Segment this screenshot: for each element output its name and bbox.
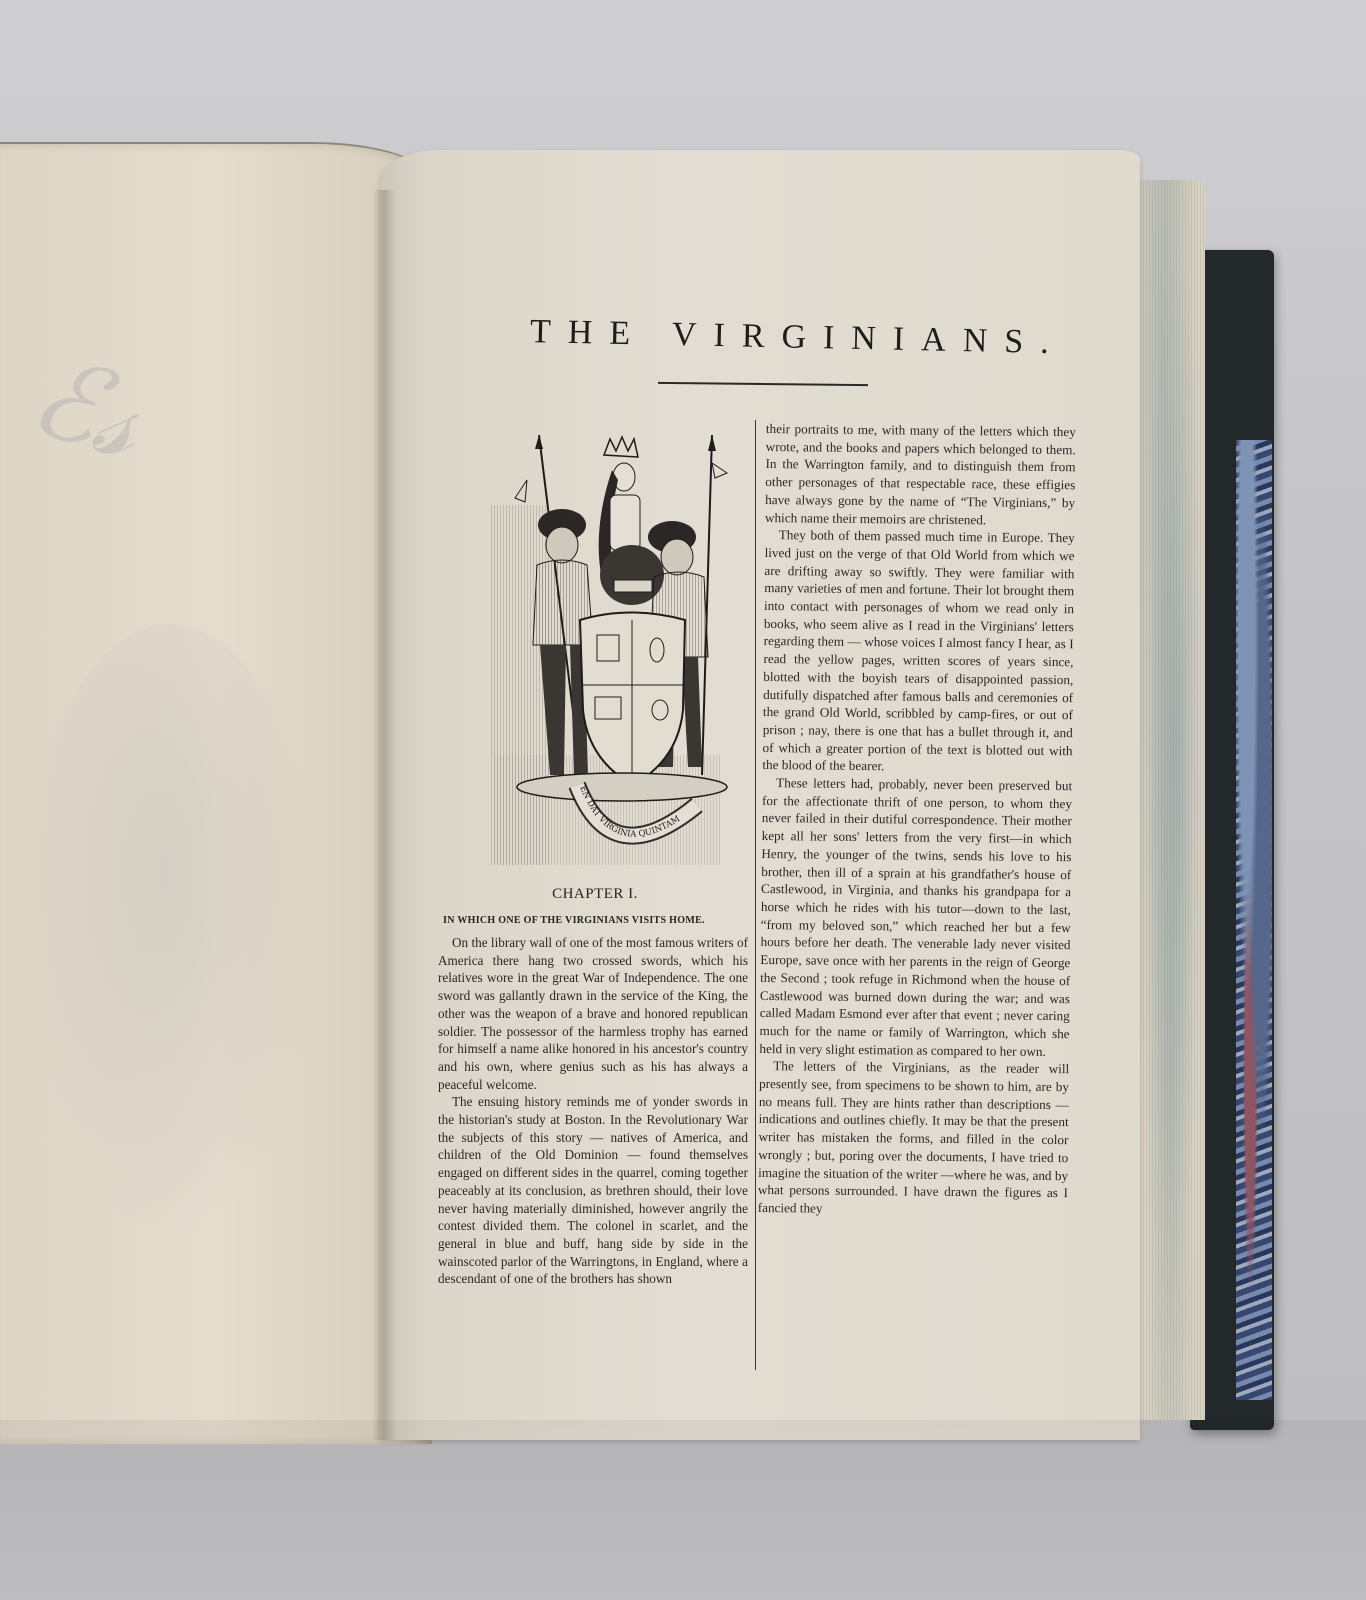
page-block-edges xyxy=(1135,180,1205,1420)
chapter-subtitle: IN WHICH ONE OF THE VIRGINIANS VISITS HO… xyxy=(443,915,758,926)
paragraph: These letters had, probably, never been … xyxy=(759,774,1072,1060)
paragraph-continuation: their portraits to me, with many of the … xyxy=(765,420,1076,529)
left-text-column: On the library wall of one of the most f… xyxy=(438,934,748,1288)
coat-of-arms-illustration: EN DAT VIRGINIA QUINTAM xyxy=(482,425,737,870)
left-page-blank: ℰ𝓈 xyxy=(0,142,432,1444)
paragraph: On the library wall of one of the most f… xyxy=(438,934,748,1093)
marbled-board-edge xyxy=(1236,440,1272,1400)
column-divider xyxy=(755,420,756,1370)
chapter-heading: CHAPTER I. xyxy=(430,886,760,903)
right-text-column: their portraits to me, with many of the … xyxy=(758,420,1076,1220)
table-surface-shadow xyxy=(0,1420,1366,1600)
paragraph: The letters of the Virginians, as the re… xyxy=(758,1057,1070,1220)
bleed-through-figure xyxy=(20,624,320,1244)
book-gutter xyxy=(372,190,396,1440)
coat-of-arms-icon: EN DAT VIRGINIA QUINTAM xyxy=(482,425,737,870)
paragraph: The ensuing history reminds me of yonder… xyxy=(438,1093,748,1288)
photo-scene: ℰ𝓈 THE VIRGINIANS. xyxy=(0,0,1366,1600)
paragraph: They both of them passed much time in Eu… xyxy=(762,526,1075,777)
bleed-through-flourish: ℰ𝓈 xyxy=(0,330,304,658)
